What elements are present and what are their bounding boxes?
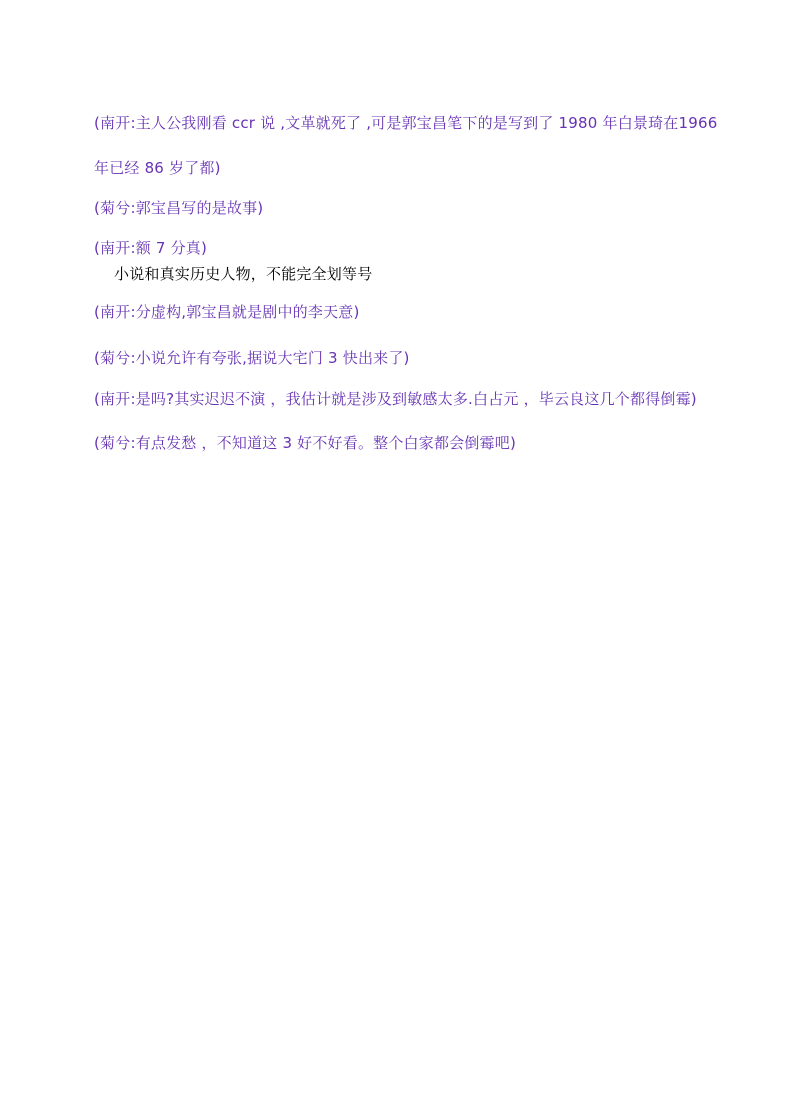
dialogue-line-nankai-3: (南开:分虚构,郭宝昌就是剧中的李天意)	[94, 302, 360, 322]
dialogue-line-juxi-3: (菊兮:有点发愁 ，不知道这 3 好不好看。整个白家都会倒霉吧)	[94, 433, 516, 453]
document-page: (南开:主人公我刚看 ccr 说 ,文革就死了 ,可是郭宝昌笔下的是写到了 19…	[0, 0, 800, 1100]
dialogue-line-juxi-1: (菊兮:郭宝昌写的是故事)	[94, 198, 263, 218]
dialogue-line-nankai-2: (南开:额 7 分真)	[94, 238, 207, 258]
dialogue-line-nankai-4: (南开:是吗?其实迟迟不演 ，我估计就是涉及到敏感太多.白占元 ，毕云良这几个都…	[94, 389, 697, 409]
dialogue-line-nankai-1-continuation: 年已经 86 岁了都)	[94, 158, 221, 178]
dialogue-line-nankai-1: (南开:主人公我刚看 ccr 说 ,文革就死了 ,可是郭宝昌笔下的是写到了 19…	[94, 113, 717, 133]
dialogue-line-juxi-2: (菊兮:小说允许有夸张,据说大宅门 3 快出来了)	[94, 348, 410, 368]
narration-line: 小说和真实历史人物，不能完全划等号	[114, 264, 372, 284]
